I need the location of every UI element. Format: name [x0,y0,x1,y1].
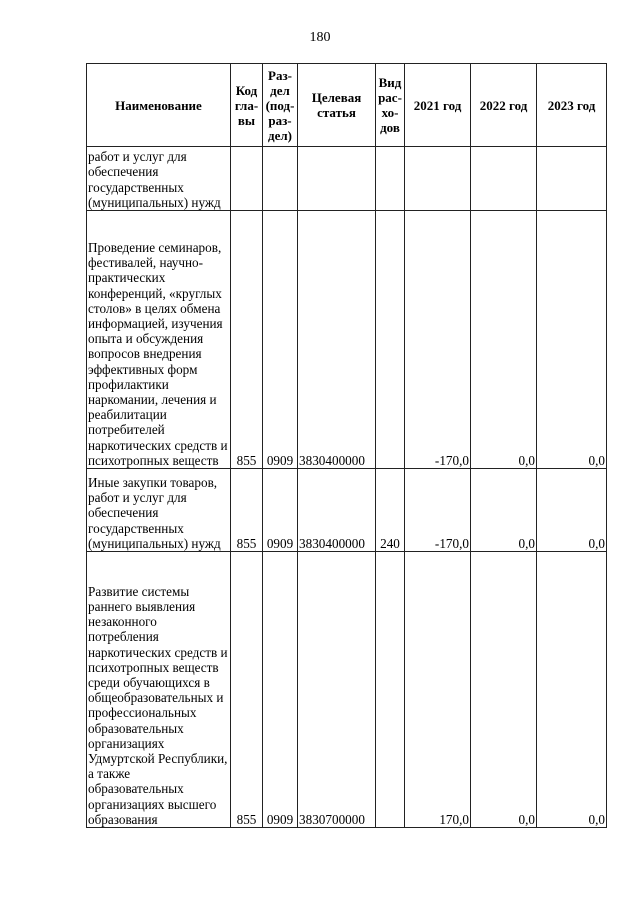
cell-2022: 0,0 [471,552,537,828]
cell-statya [298,147,376,211]
cell-razdel: 0909 [263,469,298,552]
cell-statya: 3830700000 [298,552,376,828]
cell-statya: 3830400000 [298,211,376,469]
cell-2023: 0,0 [537,469,607,552]
header-2021: 2021 год [405,64,471,147]
budget-table: Наименование Код гла-вы Раз-дел (под-раз… [86,63,607,828]
cell-2021: -170,0 [405,211,471,469]
cell-2023: 0,0 [537,211,607,469]
cell-kod: 855 [231,469,263,552]
cell-vid [376,211,405,469]
header-vid-raskhodov: Вид рас-хо-дов [376,64,405,147]
header-tselevaya-statya: Целевая статья [298,64,376,147]
header-kod-glavy: Код гла-вы [231,64,263,147]
cell-2021: 170,0 [405,552,471,828]
cell-name: работ и услуг для обеспечения государств… [87,147,231,211]
cell-vid: 240 [376,469,405,552]
cell-razdel [263,147,298,211]
cell-2021: -170,0 [405,469,471,552]
header-2022: 2022 год [471,64,537,147]
header-2023: 2023 год [537,64,607,147]
table-row: Проведение семинаров, фестивалей, научно… [87,211,607,469]
cell-2022: 0,0 [471,469,537,552]
cell-razdel: 0909 [263,211,298,469]
cell-kod [231,147,263,211]
cell-razdel: 0909 [263,552,298,828]
header-name: Наименование [87,64,231,147]
cell-kod: 855 [231,211,263,469]
cell-2023 [537,147,607,211]
table-header-row: Наименование Код гла-вы Раз-дел (под-раз… [87,64,607,147]
cell-2022: 0,0 [471,211,537,469]
cell-name: Проведение семинаров, фестивалей, научно… [87,211,231,469]
table-row: работ и услуг для обеспечения государств… [87,147,607,211]
cell-2023: 0,0 [537,552,607,828]
header-razdel: Раз-дел (под-раз-дел) [263,64,298,147]
cell-statya: 3830400000 [298,469,376,552]
cell-name: Развитие системы раннего выявления незак… [87,552,231,828]
table-row: Иные закупки товаров, работ и услуг для … [87,469,607,552]
table-row: Развитие системы раннего выявления незак… [87,552,607,828]
cell-name: Иные закупки товаров, работ и услуг для … [87,469,231,552]
cell-kod: 855 [231,552,263,828]
cell-vid [376,147,405,211]
cell-2022 [471,147,537,211]
cell-vid [376,552,405,828]
page-number: 180 [0,30,640,46]
cell-2021 [405,147,471,211]
